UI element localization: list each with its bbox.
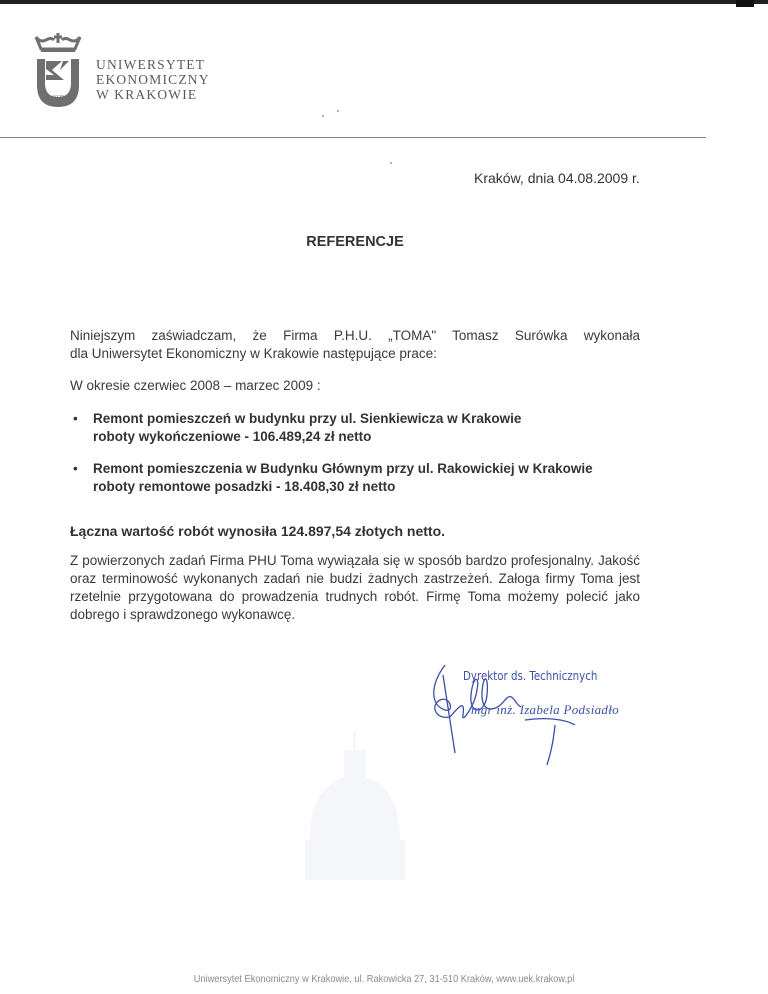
list-item: • Remont pomieszczenia w Budynku Głównym… — [70, 460, 650, 496]
recommendation-paragraph: Z powierzonych zadań Firma PHU Toma wywi… — [70, 552, 640, 624]
university-crest-icon: 1925 — [33, 33, 83, 113]
letterhead-footer: Uniwersytet Ekonomiczny w Krakowie, ul. … — [46, 973, 722, 985]
scan-top-edge — [0, 0, 768, 4]
total-value: Łączna wartość robót wynosiła 124.897,54… — [70, 523, 445, 539]
intro-line-1: Niniejszym zaświadczam, że Firma P.H.U. … — [70, 327, 640, 345]
bullet-icon: • — [73, 460, 78, 478]
works-list: • Remont pomieszczeń w budynku przy ul. … — [70, 410, 650, 510]
date-line: Kraków, dnia 04.08.2009 r. — [474, 170, 640, 186]
list-item: • Remont pomieszczeń w budynku przy ul. … — [70, 410, 650, 446]
work-value: roboty wykończeniowe - 106.489,24 zł net… — [93, 428, 650, 446]
scan-speck — [390, 162, 392, 164]
scan-corner-mark — [736, 0, 754, 7]
work-description: Remont pomieszczeń w budynku przy ul. Si… — [93, 410, 650, 428]
university-name-line-1: UNIWERSYTET — [96, 57, 210, 72]
scan-speck — [337, 110, 339, 112]
signatory-title-stamp: Dyrektor ds. Technicznych — [463, 668, 597, 683]
intro-paragraph: Niniejszym zaświadczam, że Firma P.H.U. … — [70, 327, 640, 363]
university-name-line-2: EKONOMICZNY — [96, 72, 210, 87]
signatory-name-stamp: mgr inż. Izabela Podsiadło — [471, 702, 619, 718]
intro-line-2: dla Uniwersytet Ekonomiczny w Krakowie n… — [70, 345, 640, 363]
work-value: roboty remontowe posadzki - 18.408,30 zł… — [93, 478, 650, 496]
university-name: UNIWERSYTET EKONOMICZNY W KRAKOWIE — [96, 57, 210, 102]
work-period: W okresie czerwiec 2008 – marzec 2009 : — [70, 378, 321, 393]
bullet-icon: • — [73, 410, 78, 428]
work-description: Remont pomieszczenia w Budynku Głównym p… — [93, 460, 650, 478]
document-title: REFERENCJE — [0, 234, 710, 250]
scan-speck — [322, 115, 324, 117]
svg-text:1925: 1925 — [52, 95, 64, 101]
building-dome-watermark-icon — [300, 730, 410, 880]
university-name-line-3: W KRAKOWIE — [96, 87, 210, 102]
header-divider — [0, 137, 706, 138]
